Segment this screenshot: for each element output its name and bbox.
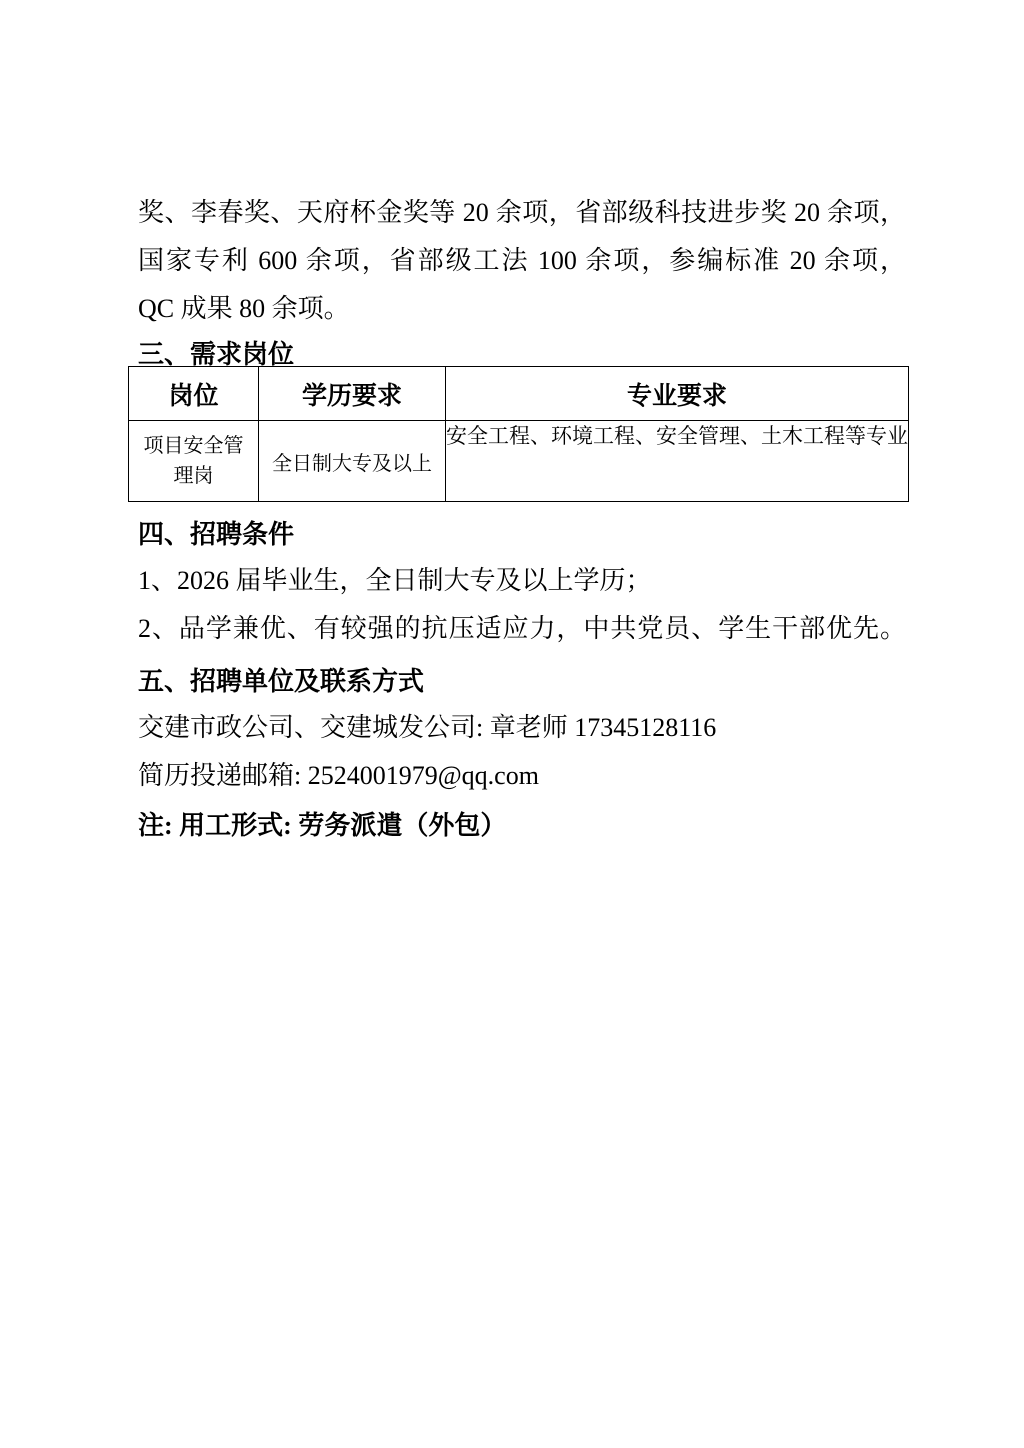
section-heading-requirements: 四、招聘条件	[138, 513, 906, 557]
intro-line-3: QC 成果 80 余项。	[138, 285, 906, 333]
requirement-item-1: 1、2026 届毕业生，全日制大专及以上学历；	[138, 557, 906, 605]
table-cell-education: 全日制大专及以上	[259, 421, 446, 502]
table-header-major: 专业要求	[446, 367, 909, 421]
contact-line-email: 简历投递邮箱: 2524001979@qq.com	[138, 752, 906, 800]
employment-note: 注: 用工形式: 劳务派遣（外包）	[138, 802, 906, 850]
document-page: 奖、李春奖、天府杯金奖等 20 余项，省部级科技进步奖 20 余项， 国家专利 …	[0, 0, 1024, 1448]
document-content: 奖、李春奖、天府杯金奖等 20 余项，省部级科技进步奖 20 余项， 国家专利 …	[0, 0, 1024, 850]
requirement-item-2: 2、品学兼优、有较强的抗压适应力，中共党员、学生干部优先。	[138, 605, 906, 653]
table-cell-position-text: 项目安全管理岗	[140, 431, 248, 491]
intro-line-1: 奖、李春奖、天府杯金奖等 20 余项，省部级科技进步奖 20 余项，	[138, 189, 906, 237]
contact-line-phone: 交建市政公司、交建城发公司: 章老师 17345128116	[138, 704, 906, 752]
table-row: 项目安全管理岗 全日制大专及以上 安全工程、环境工程、安全管理、土木工程等专业	[129, 421, 909, 502]
positions-table: 岗位 学历要求 专业要求 项目安全管理岗 全日制大专及以上 安全工程、环境工程、…	[128, 366, 909, 502]
intro-line-2: 国家专利 600 余项，省部级工法 100 余项，参编标准 20 余项，	[138, 237, 906, 285]
section-heading-contact: 五、招聘单位及联系方式	[138, 660, 906, 704]
table-cell-position: 项目安全管理岗	[129, 421, 259, 502]
intro-paragraph: 奖、李春奖、天府杯金奖等 20 余项，省部级科技进步奖 20 余项， 国家专利 …	[138, 189, 906, 333]
table-cell-major: 安全工程、环境工程、安全管理、土木工程等专业	[446, 421, 909, 502]
